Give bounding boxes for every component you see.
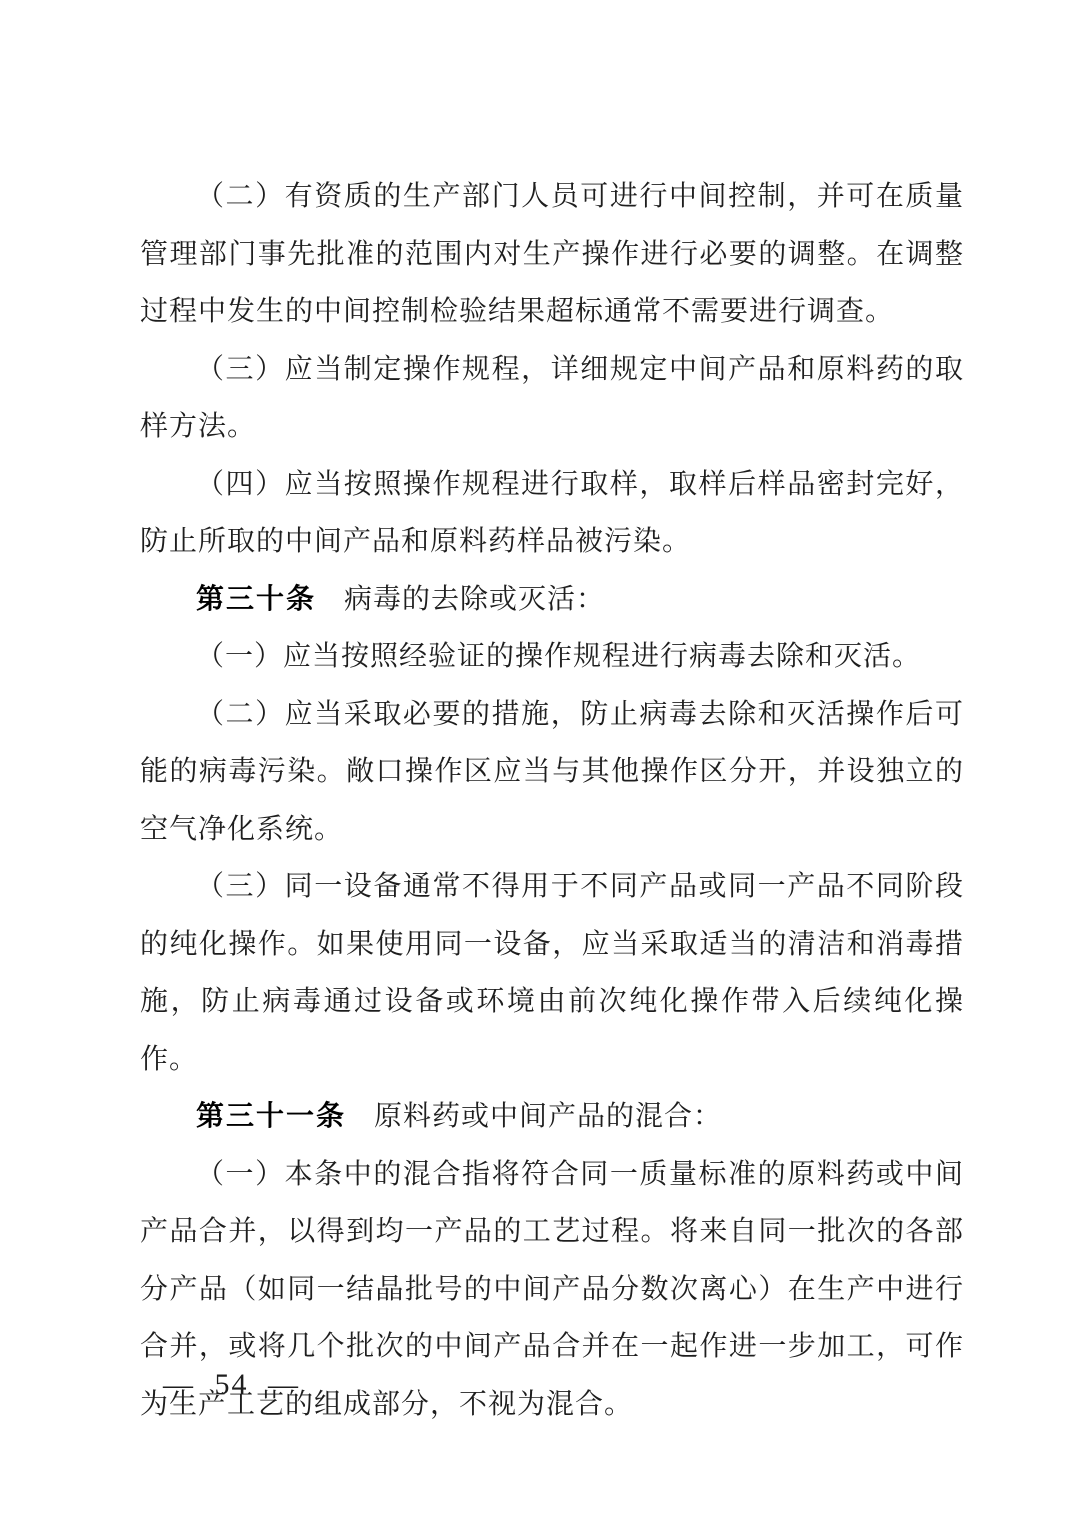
article-title: 病毒的去除或灭活： bbox=[344, 584, 605, 615]
paragraph-text: （三）应当制定操作规程，详细规定中间产品和原料药的取样方法。 bbox=[140, 354, 964, 443]
article-30-heading: 第三十条病毒的去除或灭活： bbox=[140, 571, 964, 629]
paragraph-item-2b: （二）应当采取必要的措施，防止病毒去除和灭活操作后可能的病毒污染。敞口操作区应当… bbox=[140, 686, 964, 859]
document-page: （二）有资质的生产部门人员可进行中间控制，并可在质量管理部门事先批准的范围内对生… bbox=[0, 0, 1080, 1527]
paragraph-text: （二）应当采取必要的措施，防止病毒去除和灭活操作后可能的病毒污染。敞口操作区应当… bbox=[140, 699, 964, 845]
paragraph-item-2: （二）有资质的生产部门人员可进行中间控制，并可在质量管理部门事先批准的范围内对生… bbox=[140, 168, 964, 341]
paragraph-text: （二）有资质的生产部门人员可进行中间控制，并可在质量管理部门事先批准的范围内对生… bbox=[140, 181, 964, 327]
article-title: 原料药或中间产品的混合： bbox=[374, 1101, 722, 1132]
paragraph-text: （三）同一设备通常不得用于不同产品或同一产品不同阶段的纯化操作。如果使用同一设备… bbox=[140, 871, 964, 1075]
document-body: （二）有资质的生产部门人员可进行中间控制，并可在质量管理部门事先批准的范围内对生… bbox=[140, 168, 964, 1433]
article-number: 第三十条 bbox=[196, 584, 316, 615]
paragraph-text: （一）应当按照经验证的操作规程进行病毒去除和灭活。 bbox=[196, 641, 921, 672]
article-31-heading: 第三十一条原料药或中间产品的混合： bbox=[140, 1088, 964, 1146]
paragraph-text: （四）应当按照操作规程进行取样，取样后样品密封完好，防止所取的中间产品和原料药样… bbox=[140, 469, 964, 558]
paragraph-item-4: （四）应当按照操作规程进行取样，取样后样品密封完好，防止所取的中间产品和原料药样… bbox=[140, 456, 964, 571]
page-number: — 54 — bbox=[163, 1368, 300, 1402]
paragraph-item-1: （一）应当按照经验证的操作规程进行病毒去除和灭活。 bbox=[140, 628, 964, 686]
paragraph-item-3: （三）应当制定操作规程，详细规定中间产品和原料药的取样方法。 bbox=[140, 341, 964, 456]
article-number: 第三十一条 bbox=[196, 1101, 346, 1132]
paragraph-item-3b: （三）同一设备通常不得用于不同产品或同一产品不同阶段的纯化操作。如果使用同一设备… bbox=[140, 858, 964, 1088]
